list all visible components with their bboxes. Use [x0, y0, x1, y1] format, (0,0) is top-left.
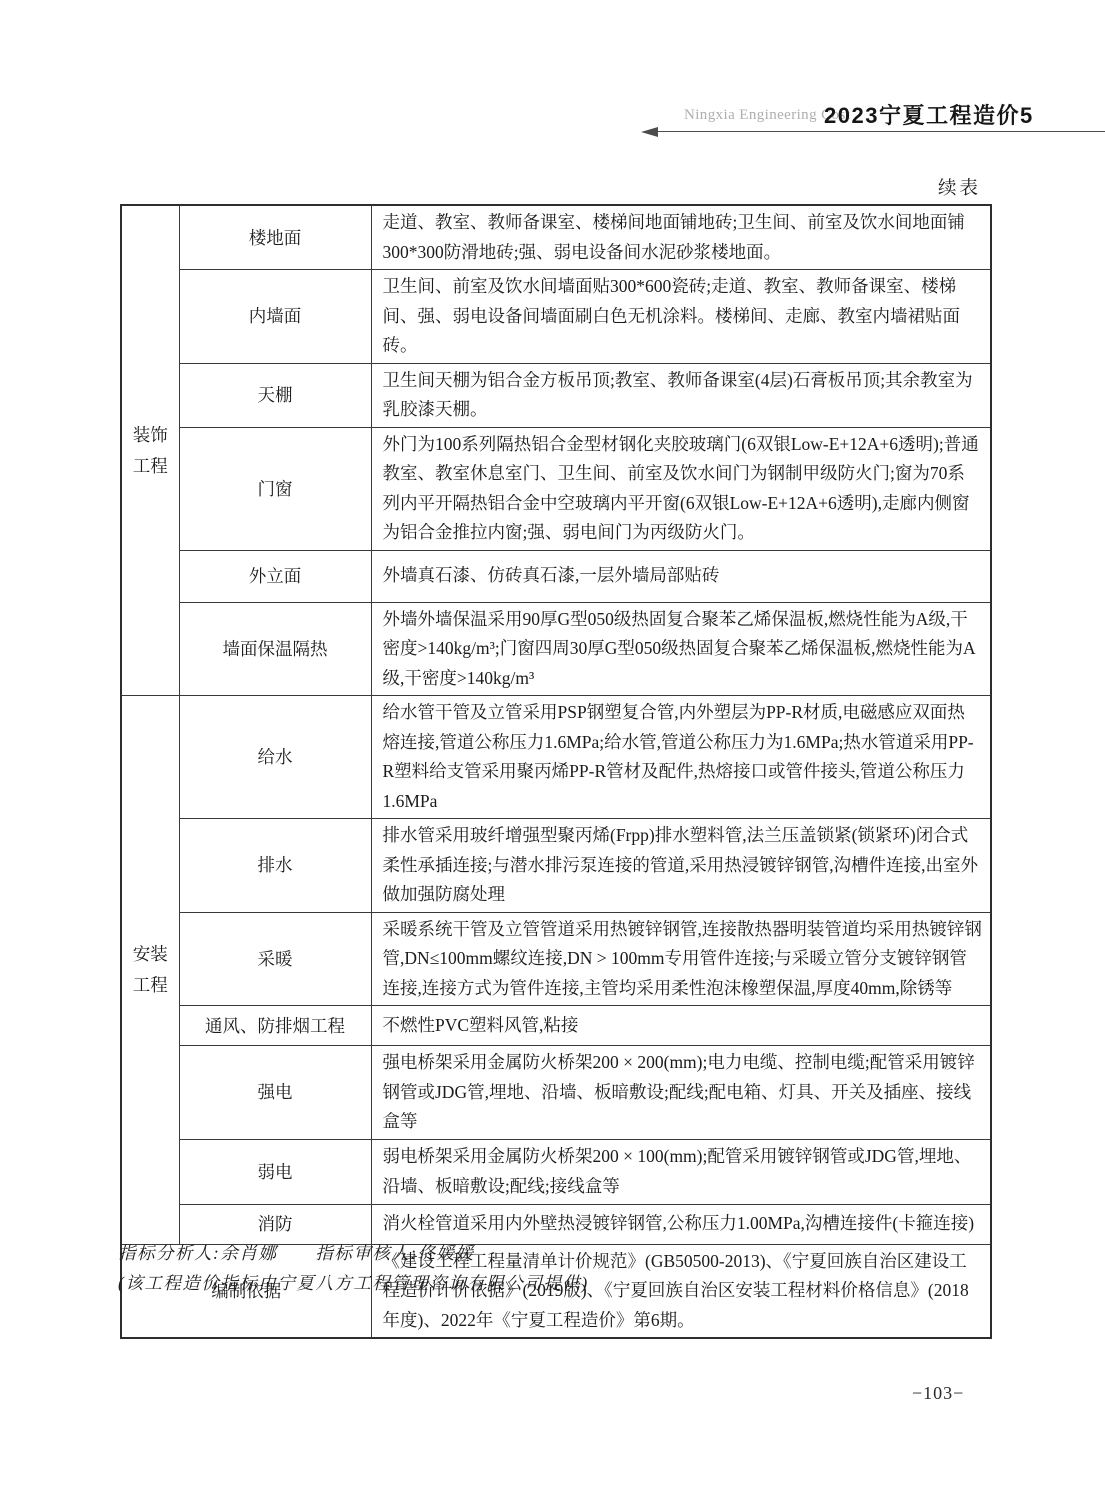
row-content: 采暖系统干管及立管管道采用热镀锌钢管,连接散热器明装管道均采用热镀锌钢管,DN≤…	[371, 912, 991, 1006]
row-content: 消火栓管道采用内外壁热浸镀锌钢管,公称压力1.00MPa,沟槽连接件(卡箍连接)	[371, 1204, 991, 1244]
continued-table-label: 续表	[938, 174, 981, 200]
table-row: 采暖 采暖系统干管及立管管道采用热镀锌钢管,连接散热器明装管道均采用热镀锌钢管,…	[121, 912, 991, 1006]
table-row: 墙面保温隔热 外墙外墙保温采用90厚G型050级热固复合聚苯乙烯保温板,燃烧性能…	[121, 602, 991, 696]
table-row: 门窗 外门为100系列隔热铝合金型材钢化夹胶玻璃门(6双银Low-E+12A+6…	[121, 427, 991, 550]
row-content: 弱电桥架采用金属防火桥架200 × 100(mm);配管采用镀锌钢管或JDG管,…	[371, 1139, 991, 1204]
credits-line: 指标分析人:余肖娜指标审核人:佟媛媛	[118, 1240, 475, 1265]
row-content: 排水管采用玻纤增强型聚丙烯(Frpp)排水塑料管,法兰压盖锁紧(锁紧环)闭合式柔…	[371, 819, 991, 913]
row-content: 卫生间天棚为铝合金方板吊顶;教室、教师备课室(4层)石膏板吊顶;其余教室为乳胶漆…	[371, 363, 991, 427]
arrow-left-icon	[641, 127, 658, 137]
row-content: 走道、教室、教师备课室、楼梯间地面铺地砖;卫生间、前室及饮水间地面铺300*30…	[371, 205, 991, 270]
table-row: 外立面 外墙真石漆、仿砖真石漆,一层外墙局部贴砖	[121, 550, 991, 602]
table-row: 天棚 卫生间天棚为铝合金方板吊顶;教室、教师备课室(4层)石膏板吊顶;其余教室为…	[121, 363, 991, 427]
table-row: 装饰工程 楼地面 走道、教室、教师备课室、楼梯间地面铺地砖;卫生间、前室及饮水间…	[121, 205, 991, 270]
row-content: 不燃性PVC塑料风管,粘接	[371, 1006, 991, 1046]
journal-title-cn: 2023宁夏工程造价5	[824, 99, 1034, 130]
document-page: Ningxia Engineering Cost 2023宁夏工程造价5 续表 …	[0, 0, 1105, 1489]
group-cell-installation: 安装工程	[121, 696, 179, 1245]
table-row: 弱电 弱电桥架采用金属防火桥架200 × 100(mm);配管采用镀锌钢管或JD…	[121, 1139, 991, 1204]
row-label: 排水	[179, 819, 371, 913]
row-label: 消防	[179, 1204, 371, 1244]
row-content: 外门为100系列隔热铝合金型材钢化夹胶玻璃门(6双银Low-E+12A+6透明)…	[371, 427, 991, 550]
row-content: 外墙真石漆、仿砖真石漆,一层外墙局部贴砖	[371, 550, 991, 602]
provider-note: (该工程造价指标由宁夏八方工程管理咨询有限公司提供)	[118, 1270, 589, 1295]
table-row: 强电 强电桥架采用金属防火桥架200 × 200(mm);电力电缆、控制电缆;配…	[121, 1046, 991, 1140]
row-label: 楼地面	[179, 205, 371, 270]
reviewer-credit: 指标审核人:佟媛媛	[315, 1243, 474, 1263]
table-row: 消防 消火栓管道采用内外壁热浸镀锌钢管,公称压力1.00MPa,沟槽连接件(卡箍…	[121, 1204, 991, 1244]
page-number: −103−	[912, 1383, 964, 1404]
row-label: 门窗	[179, 427, 371, 550]
row-label: 内墙面	[179, 270, 371, 364]
table-row: 内墙面 卫生间、前室及饮水间墙面贴300*600瓷砖;走道、教室、教师备课室、楼…	[121, 270, 991, 364]
table-row: 通风、防排烟工程 不燃性PVC塑料风管,粘接	[121, 1006, 991, 1046]
row-content: 卫生间、前室及饮水间墙面贴300*600瓷砖;走道、教室、教师备课室、楼梯间、强…	[371, 270, 991, 364]
row-label: 墙面保温隔热	[179, 602, 371, 696]
row-content: 外墙外墙保温采用90厚G型050级热固复合聚苯乙烯保温板,燃烧性能为A级,干密度…	[371, 602, 991, 696]
row-label: 给水	[179, 696, 371, 819]
analyst-credit: 指标分析人:余肖娜	[118, 1243, 277, 1263]
row-label: 通风、防排烟工程	[179, 1006, 371, 1046]
row-label: 采暖	[179, 912, 371, 1006]
header-rule	[652, 131, 1105, 132]
row-label: 外立面	[179, 550, 371, 602]
row-label: 弱电	[179, 1139, 371, 1204]
row-label: 天棚	[179, 363, 371, 427]
table-row: 安装工程 给水 给水管干管及立管采用PSP钢塑复合管,内外塑层为PP-R材质,电…	[121, 696, 991, 819]
group-cell-decoration: 装饰工程	[121, 205, 179, 696]
row-label: 强电	[179, 1046, 371, 1140]
table-row: 排水 排水管采用玻纤增强型聚丙烯(Frpp)排水塑料管,法兰压盖锁紧(锁紧环)闭…	[121, 819, 991, 913]
row-content: 强电桥架采用金属防火桥架200 × 200(mm);电力电缆、控制电缆;配管采用…	[371, 1046, 991, 1140]
row-content: 给水管干管及立管采用PSP钢塑复合管,内外塑层为PP-R材质,电磁感应双面热熔连…	[371, 696, 991, 819]
spec-table: 装饰工程 楼地面 走道、教室、教师备课室、楼梯间地面铺地砖;卫生间、前室及饮水间…	[120, 204, 992, 1339]
